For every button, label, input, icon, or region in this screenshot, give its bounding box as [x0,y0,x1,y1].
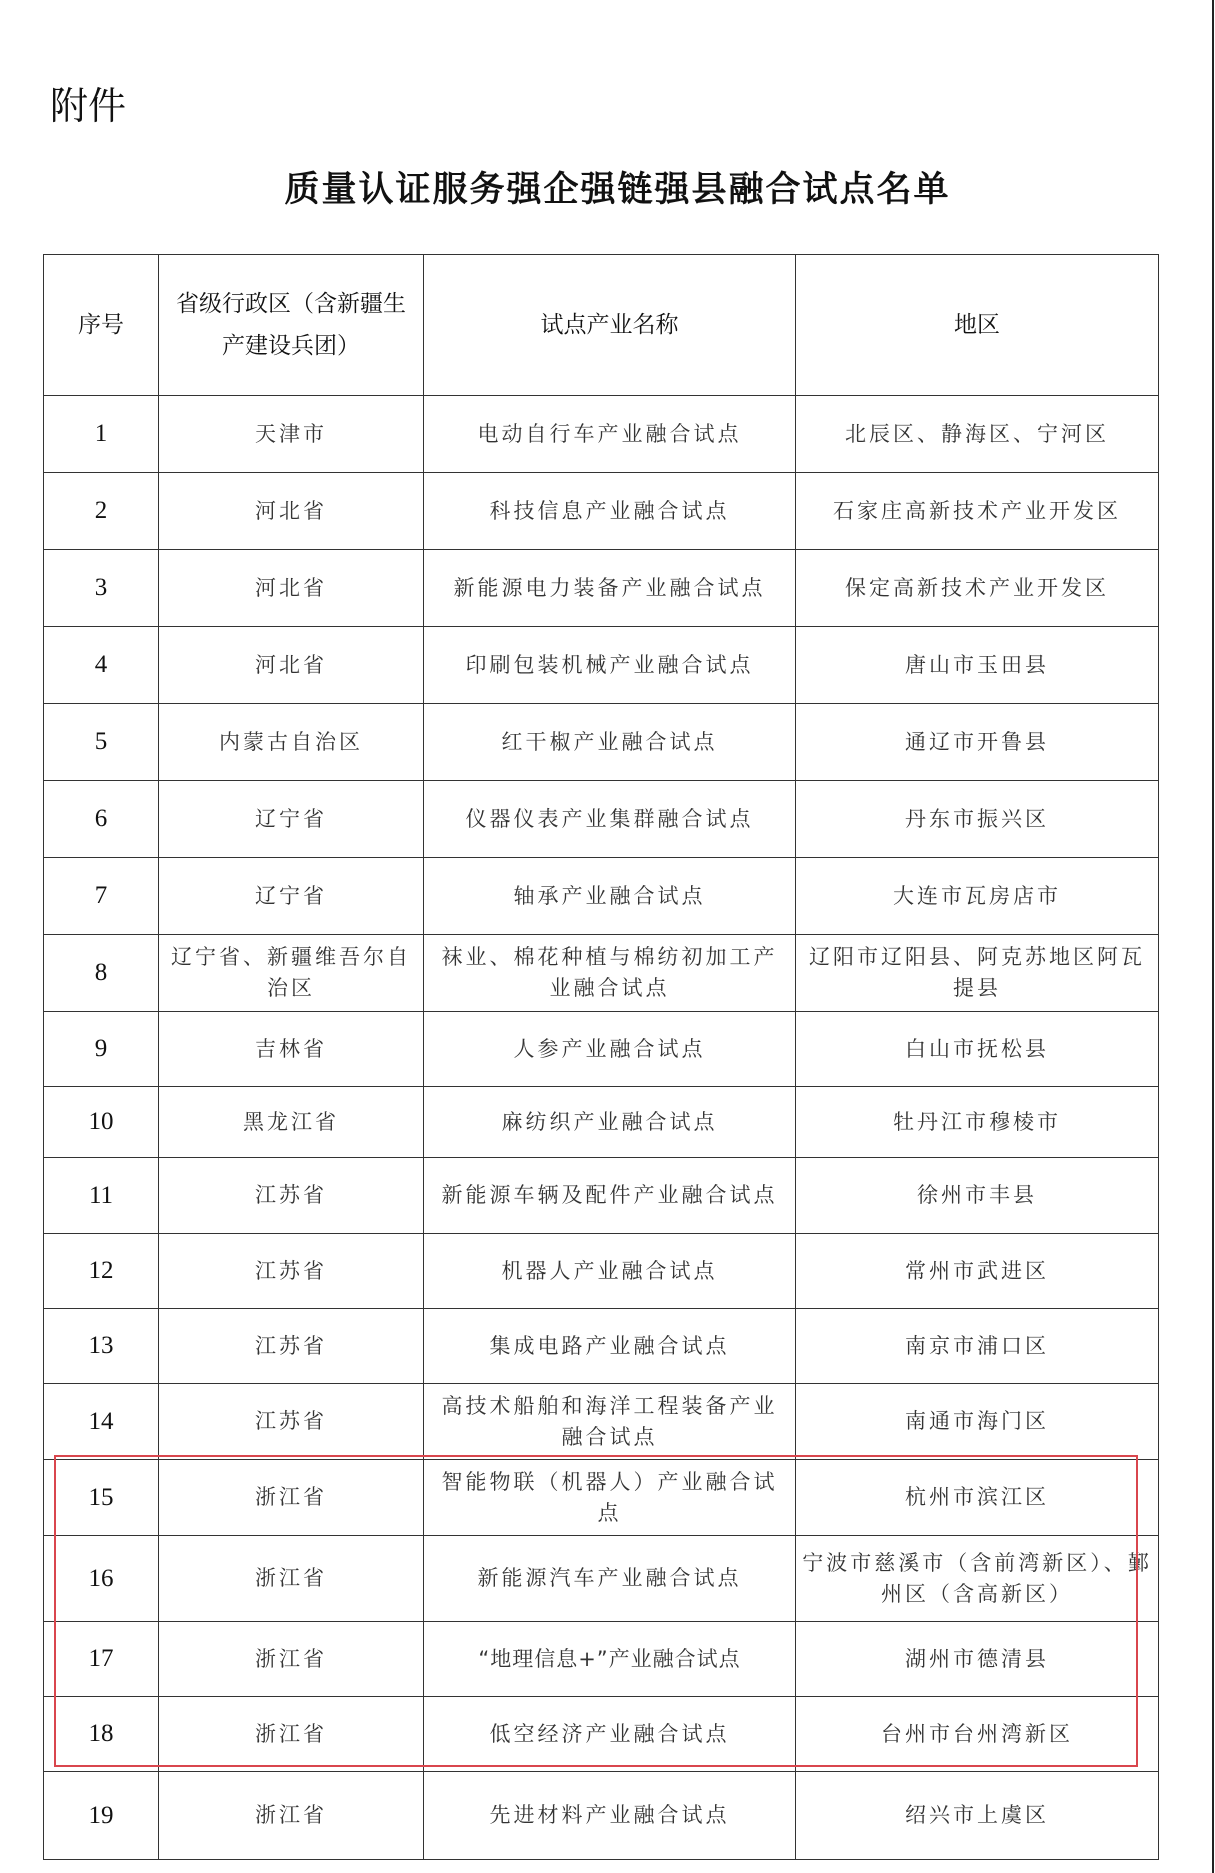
row-province: 浙江省 [159,1460,424,1536]
page-edge-line [1212,0,1214,1873]
table-row: 2 河北省 科技信息产业融合试点 石家庄高新技术产业开发区 [44,473,1159,550]
row-region: 宁波市慈溪市（含前湾新区）、鄞州区（含高新区） [796,1536,1159,1622]
row-index: 10 [44,1087,159,1158]
pilot-list-table: 序号 省级行政区（含新疆生产建设兵团） 试点产业名称 地区 1 天津市 电动自行… [43,254,1159,1860]
row-index: 18 [44,1697,159,1772]
row-province: 黑龙江省 [159,1087,424,1158]
table-row: 3 河北省 新能源电力装备产业融合试点 保定高新技术产业开发区 [44,550,1159,627]
table-row: 10 黑龙江省 麻纺织产业融合试点 牡丹江市穆棱市 [44,1087,1159,1158]
row-industry: 新能源电力装备产业融合试点 [424,550,796,627]
row-index: 15 [44,1460,159,1536]
row-index: 2 [44,473,159,550]
row-province: 河北省 [159,627,424,704]
row-province: 江苏省 [159,1309,424,1384]
row-industry: “地理信息+”产业融合试点 [424,1622,796,1697]
row-province: 辽宁省、新疆维吾尔自治区 [159,935,424,1012]
row-region: 台州市台州湾新区 [796,1697,1159,1772]
row-province: 河北省 [159,473,424,550]
row-industry: 轴承产业融合试点 [424,858,796,935]
table-row: 6 辽宁省 仪器仪表产业集群融合试点 丹东市振兴区 [44,781,1159,858]
row-industry: 新能源汽车产业融合试点 [424,1536,796,1622]
table-row: 5 内蒙古自治区 红干椒产业融合试点 通辽市开鲁县 [44,704,1159,781]
row-industry: 电动自行车产业融合试点 [424,396,796,473]
table-row: 12 江苏省 机器人产业融合试点 常州市武进区 [44,1234,1159,1309]
table-row: 1 天津市 电动自行车产业融合试点 北辰区、静海区、宁河区 [44,396,1159,473]
table-header-row: 序号 省级行政区（含新疆生产建设兵团） 试点产业名称 地区 [44,255,1159,396]
row-province: 天津市 [159,396,424,473]
row-region: 石家庄高新技术产业开发区 [796,473,1159,550]
row-index: 12 [44,1234,159,1309]
row-industry: 先进材料产业融合试点 [424,1772,796,1860]
row-province: 江苏省 [159,1384,424,1460]
row-region: 南京市浦口区 [796,1309,1159,1384]
row-province: 浙江省 [159,1536,424,1622]
row-industry: 高技术船舶和海洋工程装备产业融合试点 [424,1384,796,1460]
row-region: 南通市海门区 [796,1384,1159,1460]
row-region: 丹东市振兴区 [796,781,1159,858]
row-industry: 印刷包装机械产业融合试点 [424,627,796,704]
table-row: 7 辽宁省 轴承产业融合试点 大连市瓦房店市 [44,858,1159,935]
row-region: 牡丹江市穆棱市 [796,1087,1159,1158]
row-index: 13 [44,1309,159,1384]
table-row: 11 江苏省 新能源车辆及配件产业融合试点 徐州市丰县 [44,1158,1159,1234]
row-province: 吉林省 [159,1012,424,1087]
row-industry: 红干椒产业融合试点 [424,704,796,781]
row-industry: 集成电路产业融合试点 [424,1309,796,1384]
row-industry: 低空经济产业融合试点 [424,1697,796,1772]
row-province: 辽宁省 [159,781,424,858]
row-index: 4 [44,627,159,704]
row-region: 徐州市丰县 [796,1158,1159,1234]
row-index: 5 [44,704,159,781]
table-row-highlighted: 17 浙江省 “地理信息+”产业融合试点 湖州市德清县 [44,1622,1159,1697]
row-index: 9 [44,1012,159,1087]
column-header-industry: 试点产业名称 [424,255,796,396]
row-index: 14 [44,1384,159,1460]
row-index: 1 [44,396,159,473]
row-index: 7 [44,858,159,935]
row-industry: 科技信息产业融合试点 [424,473,796,550]
row-region: 唐山市玉田县 [796,627,1159,704]
table-row: 19 浙江省 先进材料产业融合试点 绍兴市上虞区 [44,1772,1159,1860]
row-industry: 袜业、棉花种植与棉纺初加工产业融合试点 [424,935,796,1012]
document-title: 质量认证服务强企强链强县融合试点名单 [0,168,1215,212]
row-region: 绍兴市上虞区 [796,1772,1159,1860]
table-row: 8 辽宁省、新疆维吾尔自治区 袜业、棉花种植与棉纺初加工产业融合试点 辽阳市辽阳… [44,935,1159,1012]
column-header-region: 地区 [796,255,1159,396]
row-region: 湖州市德清县 [796,1622,1159,1697]
row-province: 河北省 [159,550,424,627]
row-province: 内蒙古自治区 [159,704,424,781]
attachment-label: 附件 [50,82,126,130]
table-row-highlighted: 16 浙江省 新能源汽车产业融合试点 宁波市慈溪市（含前湾新区）、鄞州区（含高新… [44,1536,1159,1622]
row-industry: 人参产业融合试点 [424,1012,796,1087]
row-index: 6 [44,781,159,858]
row-index: 17 [44,1622,159,1697]
table-row: 14 江苏省 高技术船舶和海洋工程装备产业融合试点 南通市海门区 [44,1384,1159,1460]
row-province: 江苏省 [159,1158,424,1234]
table-row: 9 吉林省 人参产业融合试点 白山市抚松县 [44,1012,1159,1087]
row-industry: 仪器仪表产业集群融合试点 [424,781,796,858]
row-index: 3 [44,550,159,627]
row-province: 浙江省 [159,1697,424,1772]
row-region: 常州市武进区 [796,1234,1159,1309]
row-index: 16 [44,1536,159,1622]
row-region: 北辰区、静海区、宁河区 [796,396,1159,473]
row-industry: 机器人产业融合试点 [424,1234,796,1309]
row-region: 大连市瓦房店市 [796,858,1159,935]
row-province: 浙江省 [159,1772,424,1860]
row-province: 浙江省 [159,1622,424,1697]
row-industry: 新能源车辆及配件产业融合试点 [424,1158,796,1234]
row-index: 19 [44,1772,159,1860]
row-region: 通辽市开鲁县 [796,704,1159,781]
column-header-province: 省级行政区（含新疆生产建设兵团） [159,255,424,396]
row-region: 保定高新技术产业开发区 [796,550,1159,627]
row-province: 江苏省 [159,1234,424,1309]
row-region: 白山市抚松县 [796,1012,1159,1087]
row-index: 11 [44,1158,159,1234]
row-industry: 智能物联（机器人）产业融合试点 [424,1460,796,1536]
table-row: 13 江苏省 集成电路产业融合试点 南京市浦口区 [44,1309,1159,1384]
table-row: 4 河北省 印刷包装机械产业融合试点 唐山市玉田县 [44,627,1159,704]
row-index: 8 [44,935,159,1012]
row-region: 杭州市滨江区 [796,1460,1159,1536]
column-header-index: 序号 [44,255,159,396]
table-row-highlighted: 18 浙江省 低空经济产业融合试点 台州市台州湾新区 [44,1697,1159,1772]
table-row-highlighted: 15 浙江省 智能物联（机器人）产业融合试点 杭州市滨江区 [44,1460,1159,1536]
row-industry: 麻纺织产业融合试点 [424,1087,796,1158]
row-province: 辽宁省 [159,858,424,935]
row-region: 辽阳市辽阳县、阿克苏地区阿瓦提县 [796,935,1159,1012]
